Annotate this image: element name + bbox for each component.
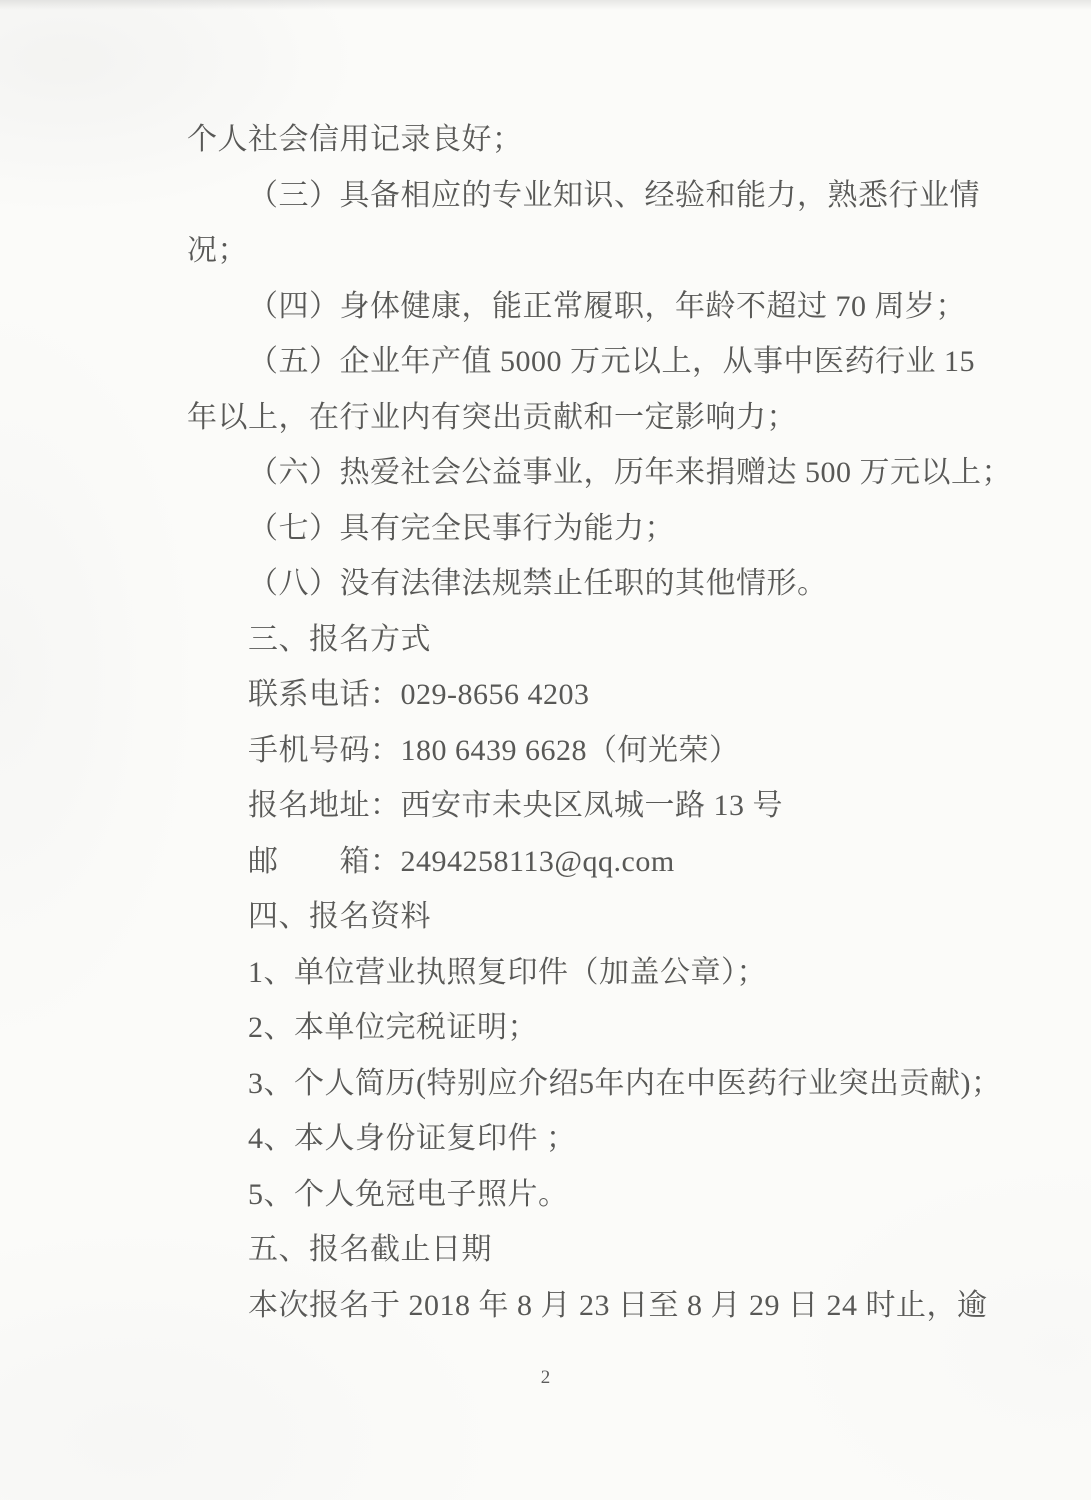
text-line: 邮 箱：2494258113@qq.com (187, 834, 1051, 890)
text-line: （四）身体健康，能正常履职，年龄不超过 70 周岁； (187, 279, 1051, 335)
page-number: 2 (0, 1364, 1091, 1392)
text-line: （三）具备相应的专业知识、经验和能力，熟悉行业情 (187, 168, 1051, 224)
text-line: （五）企业年产值 5000 万元以上，从事中医药行业 15 (187, 334, 1051, 390)
text-line: 1、单位营业执照复印件（加盖公章）； (187, 945, 1051, 1001)
text-line: （六）热爱社会公益事业，历年来捐赠达 500 万元以上； (187, 445, 1051, 501)
text-line: 三、报名方式 (187, 612, 1051, 668)
text-line: 报名地址：西安市未央区凤城一路 13 号 (187, 778, 1051, 834)
text-line: 手机号码：180 6439 6628（何光荣） (187, 723, 1051, 779)
text-line: （八）没有法律法规禁止任职的其他情形。 (187, 556, 1051, 612)
text-line: （七）具有完全民事行为能力； (187, 501, 1051, 557)
text-line: 2、本单位完税证明； (187, 1000, 1051, 1056)
text-line: 四、报名资料 (187, 889, 1051, 945)
text-line: 年以上，在行业内有突出贡献和一定影响力； (187, 390, 1051, 446)
text-line: 况； (187, 223, 1051, 279)
text-line: 5、个人免冠电子照片。 (187, 1167, 1051, 1223)
text-line: 联系电话：029-8656 4203 (187, 667, 1051, 723)
text-line: 本次报名于 2018 年 8 月 23 日至 8 月 29 日 24 时止，逾 (187, 1278, 1051, 1334)
text-line: 4、本人身份证复印件 ； (187, 1111, 1051, 1167)
text-line: 个人社会信用记录良好； (187, 112, 1051, 168)
document-page: 个人社会信用记录良好； （三）具备相应的专业知识、经验和能力，熟悉行业情 况； … (0, 0, 1091, 1500)
text-line: 3、个人简历(特别应介绍5年内在中医药行业突出贡献)； (187, 1056, 1051, 1112)
document-body: 个人社会信用记录良好； （三）具备相应的专业知识、经验和能力，熟悉行业情 况； … (187, 112, 1051, 1333)
text-line: 五、报名截止日期 (187, 1222, 1051, 1278)
